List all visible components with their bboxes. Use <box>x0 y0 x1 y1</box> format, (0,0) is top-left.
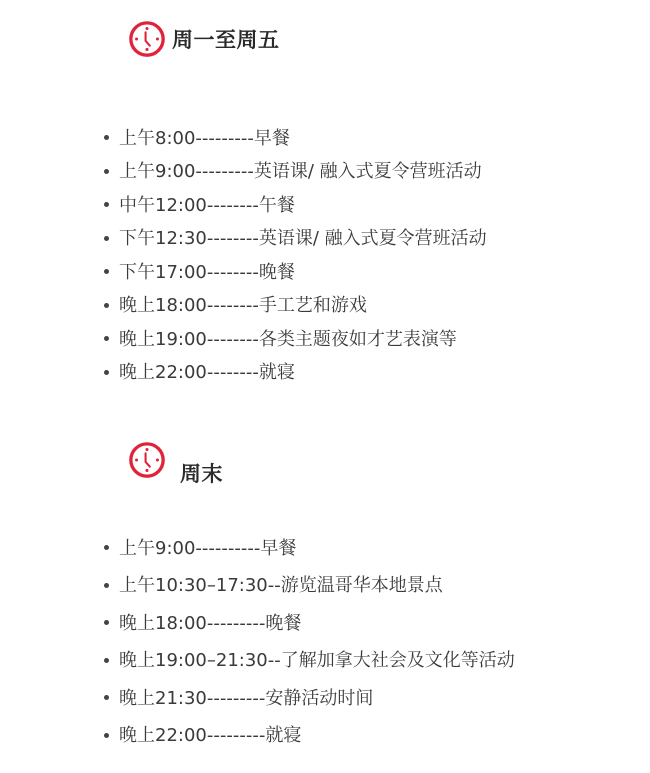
bullet-icon <box>104 236 109 241</box>
bullet-icon <box>104 169 109 174</box>
schedule-item-text: 上午9:00---------英语课/ 融入式夏令营班活动 <box>119 157 482 183</box>
list-item: 晚上18:00---------晚餐 <box>104 603 515 641</box>
schedule-item-text: 上午8:00---------早餐 <box>119 124 290 150</box>
schedule-item-text: 上午9:00----------早餐 <box>119 534 296 560</box>
list-item: 晚上19:00–21:30--了解加拿大社会及文化等活动 <box>104 641 515 679</box>
list-item: 晚上22:00---------就寝 <box>104 716 515 754</box>
bullet-icon <box>104 370 109 375</box>
bullet-icon <box>104 336 109 341</box>
list-item: 上午9:00----------早餐 <box>104 528 515 566</box>
list-item: 上午9:00---------英语课/ 融入式夏令营班活动 <box>104 154 487 188</box>
list-item: 晚上19:00--------各类主题夜如才艺表演等 <box>104 321 487 355</box>
weekend-title: 周末 <box>180 458 223 488</box>
weekend-section-header: 周末 <box>128 432 223 488</box>
schedule-item-text: 晚上18:00---------晚餐 <box>119 609 301 635</box>
list-item: 下午17:00--------晚餐 <box>104 254 487 288</box>
schedule-item-text: 下午12:30--------英语课/ 融入式夏令营班活动 <box>119 224 487 250</box>
list-item: 晚上18:00--------手工艺和游戏 <box>104 288 487 322</box>
list-item: 上午8:00---------早餐 <box>104 120 487 154</box>
schedule-item-text: 晚上19:00--------各类主题夜如才艺表演等 <box>119 325 457 351</box>
schedule-item-text: 晚上22:00---------就寝 <box>119 721 301 747</box>
schedule-item-text: 晚上22:00--------就寝 <box>119 358 295 384</box>
bullet-icon <box>104 583 109 588</box>
schedule-item-text: 上午10:30–17:30--游览温哥华本地景点 <box>119 571 443 597</box>
bullet-icon <box>104 658 109 663</box>
weekday-schedule-list: 上午8:00---------早餐 上午9:00---------英语课/ 融入… <box>104 120 487 388</box>
bullet-icon <box>104 620 109 625</box>
bullet-icon <box>104 545 109 550</box>
bullet-icon <box>104 202 109 207</box>
bullet-icon <box>104 269 109 274</box>
list-item: 上午10:30–17:30--游览温哥华本地景点 <box>104 566 515 604</box>
clock-icon <box>128 20 166 58</box>
bullet-icon <box>104 135 109 140</box>
weekday-section-header: 周一至周五 <box>128 20 280 58</box>
schedule-item-text: 晚上19:00–21:30--了解加拿大社会及文化等活动 <box>119 646 515 672</box>
weekday-title: 周一至周五 <box>172 24 280 54</box>
schedule-item-text: 中午12:00--------午餐 <box>119 191 295 217</box>
list-item: 下午12:30--------英语课/ 融入式夏令营班活动 <box>104 221 487 255</box>
list-item: 晚上22:00--------就寝 <box>104 355 487 389</box>
clock-icon <box>128 441 166 479</box>
bullet-icon <box>104 733 109 738</box>
schedule-item-text: 下午17:00--------晚餐 <box>119 258 295 284</box>
list-item: 晚上21:30---------安静活动时间 <box>104 678 515 716</box>
list-item: 中午12:00--------午餐 <box>104 187 487 221</box>
bullet-icon <box>104 303 109 308</box>
bullet-icon <box>104 695 109 700</box>
schedule-item-text: 晚上18:00--------手工艺和游戏 <box>119 291 367 317</box>
weekend-schedule-list: 上午9:00----------早餐 上午10:30–17:30--游览温哥华本… <box>104 528 515 753</box>
schedule-item-text: 晚上21:30---------安静活动时间 <box>119 684 373 710</box>
